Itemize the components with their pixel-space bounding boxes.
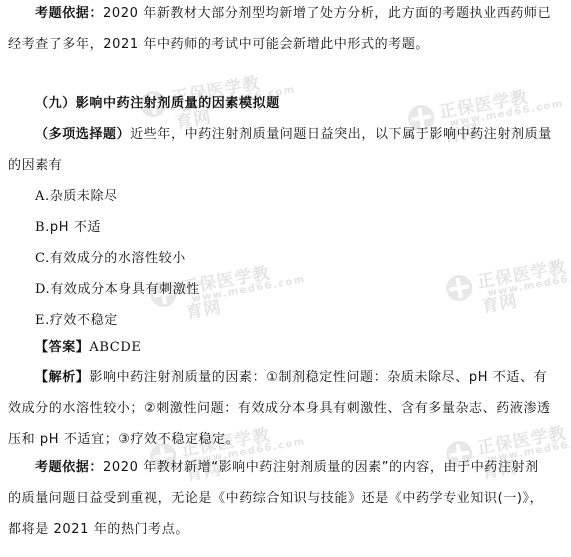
basis-paragraph: 考题依据：2020 年教材新增“影响中药注射剂质量的因素”的内容，由于中药注射剂… bbox=[8, 452, 564, 545]
intro-text-line1: 2020 年新教材大部分剂型均新增了处方分析，此方面的考题执业西药师已 bbox=[103, 6, 551, 21]
intro-paragraph: 考题依据：2020 年新教材大部分剂型均新增了处方分析，此方面的考题执业西药师已… bbox=[8, 0, 564, 60]
answer-label: 【答案】 bbox=[35, 340, 89, 355]
option-c: C.有效成分的水溶性较小 bbox=[8, 243, 564, 274]
option-b: B.pH 不适 bbox=[8, 212, 564, 243]
intro-text-line2: 经考查了多年，2021 年中药师的考试中可能会新增此中形式的考题。 bbox=[8, 29, 564, 60]
question-stem-line2: 的因素有 bbox=[8, 150, 564, 181]
analysis-label: 【解析】 bbox=[35, 370, 89, 385]
basis-line2: 的质量问题日益受到重视，无论是《中药综合知识与技能》还是《中药学专业知识(一)》… bbox=[8, 483, 564, 514]
answer-block: 【答案】ABCDE bbox=[8, 332, 564, 363]
analysis-block: 【解析】影响中药注射剂质量的因素：①制剂稳定性问题：杂质未除尽、pH 不适、有 … bbox=[8, 362, 564, 455]
document-page: 正保医学教育网 www.med66.com 正保医学教育网 www.med66.… bbox=[0, 0, 571, 557]
intro-label: 考题依据： bbox=[35, 6, 103, 21]
basis-label: 考题依据： bbox=[35, 460, 103, 475]
section-heading: （九）影响中药注射剂质量的因素模拟题 bbox=[8, 88, 564, 119]
option-d: D.有效成分本身具有刺激性 bbox=[8, 274, 564, 305]
analysis-line2: 效成分的水溶性较小；②刺激性问题：有效成分本身具有刺激性、含有多量杂志、药液渗透 bbox=[8, 393, 564, 424]
question-type-label: （多项选择题） bbox=[35, 127, 130, 142]
options-list: A.杂质未除尽 B.pH 不适 C.有效成分的水溶性较小 D.有效成分本身具有刺… bbox=[8, 181, 564, 336]
answer-value: ABCDE bbox=[89, 340, 141, 355]
section-title: （九）影响中药注射剂质量的因素模拟题 bbox=[8, 88, 564, 119]
analysis-line1: 影响中药注射剂质量的因素：①制剂稳定性问题：杂质未除尽、pH 不适、有 bbox=[89, 370, 547, 385]
question-stem-line1: 近些年，中药注射剂质量问题日益突出，以下属于影响中药注射剂质量 bbox=[130, 127, 552, 142]
question-stem: （多项选择题）近些年，中药注射剂质量问题日益突出，以下属于影响中药注射剂质量 的… bbox=[8, 119, 564, 181]
analysis-line3: 压和 pH 不适宜；③疗效不稳定稳定。 bbox=[8, 424, 564, 455]
option-a: A.杂质未除尽 bbox=[8, 181, 564, 212]
basis-line1: 2020 年教材新增“影响中药注射剂质量的因素”的内容，由于中药注射剂 bbox=[103, 460, 539, 475]
basis-line3: 都将是 2021 年的热门考点。 bbox=[8, 514, 564, 545]
